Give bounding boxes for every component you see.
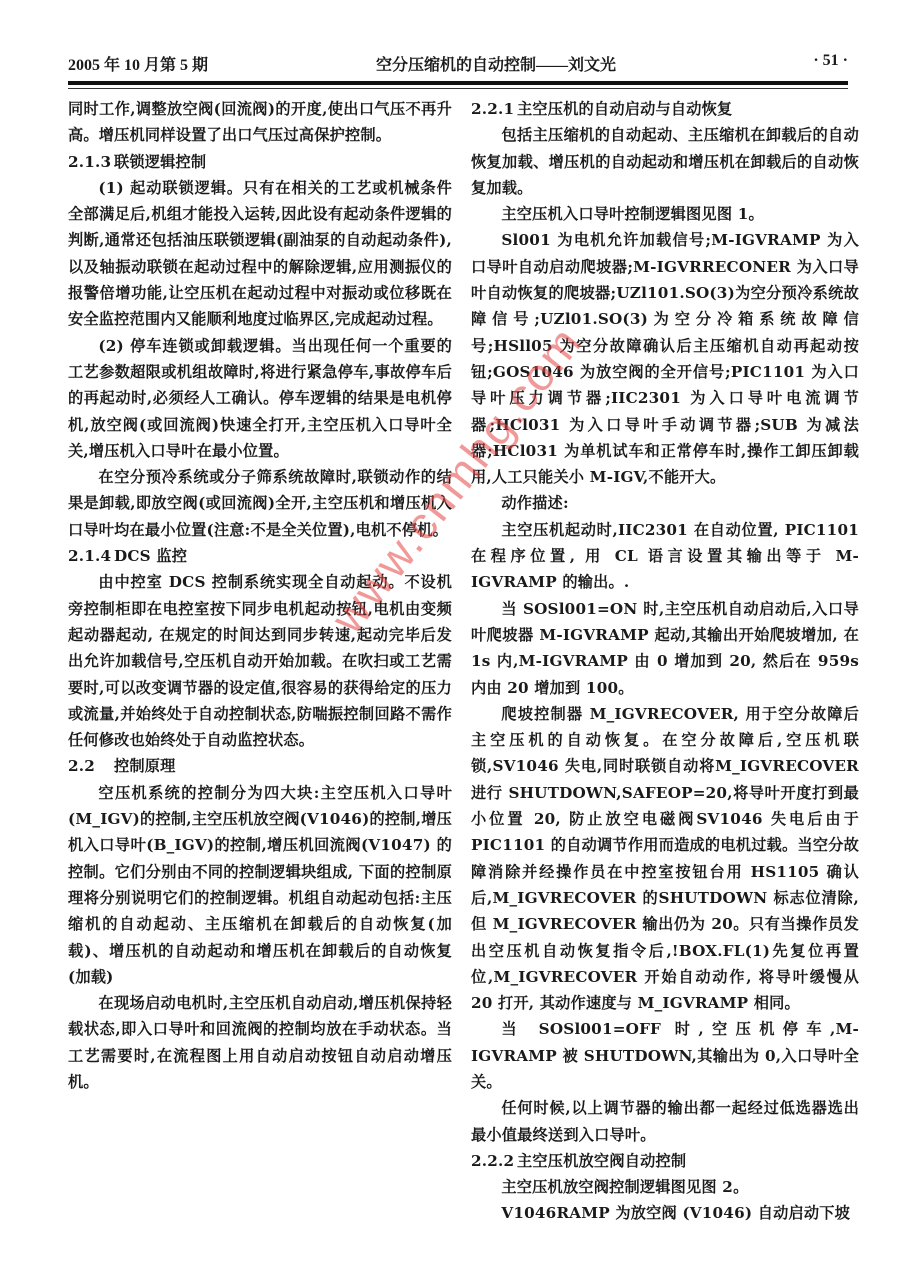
paragraph: 主空压机放空阀控制逻辑图见图 2。 (471, 1174, 859, 1200)
paragraph: 当 SOSl001=ON 时,主空压机自动启动后,入口导叶爬坡器 M-IGVRA… (471, 596, 859, 701)
paragraph: 主空压机起动时,IIC2301 在自动位置, PIC1101 在程序位置, 用 … (471, 517, 859, 596)
left-column: 同时工作,调整放空阀(回流阀)的开度,使出口气压不再升高。增压机同样设置了出口气… (68, 96, 452, 1095)
section-number: 2.2.2 (471, 1148, 517, 1174)
paragraph: 由中控室 DCS 控制系统实现全自动起动。不设机旁控制柜即在电控室按下同步电机起… (68, 569, 452, 753)
header-rule-thick (68, 81, 848, 85)
paragraph: Sl001 为电机允许加载信号;M-IGVRAMP 为入口导叶自动启动爬坡器;M… (471, 227, 859, 490)
paragraph: 主空压机入口导叶控制逻辑图见图 1。 (471, 201, 859, 227)
header-rule-thin (68, 88, 848, 89)
section-heading-2-2-2: 2.2.2主空压机放空阀自动控制 (471, 1148, 859, 1174)
paragraph: V1046RAMP 为放空阀 (V1046) 自动启动下坡 (471, 1200, 859, 1226)
page-number: · 51 · (813, 52, 848, 70)
section-heading-2-1-3: 2.1.3联锁逻辑控制 (68, 149, 452, 175)
section-number: 2.1.3 (68, 149, 114, 175)
paragraph: 当 SOSl001=OFF 时,空压机停车,M-IGVRAMP 被 SHUTDO… (471, 1016, 859, 1095)
paragraph: 包括主压缩机的自动起动、主压缩机在卸载后的自动恢复加载、增压机的自动起动和增压机… (471, 122, 859, 201)
paragraph: 任何时候,以上调节器的输出都一起经过低选器选出最小值最终送到入口导叶。 (471, 1095, 859, 1148)
section-number: 2.1.4 (68, 543, 114, 569)
section-title: 主空压机的自动启动与自动恢复 (517, 100, 732, 118)
section-number: 2.2 (68, 753, 114, 779)
section-heading-2-2: 2.2控制原理 (68, 753, 452, 779)
paragraph: 同时工作,调整放空阀(回流阀)的开度,使出口气压不再升高。增压机同样设置了出口气… (68, 96, 452, 149)
running-title: 空分压缩机的自动控制——刘文光 (376, 52, 616, 75)
section-heading-2-1-4: 2.1.4DCS 监控 (68, 543, 452, 569)
section-title: DCS 监控 (114, 547, 187, 565)
section-number: 2.2.1 (471, 96, 517, 122)
journal-issue: 2005 年 10 月第 5 期 (68, 52, 208, 75)
paragraph: 动作描述: (471, 490, 859, 516)
paragraph: (1) 起动联锁逻辑。只有在相关的工艺或机械条件全部满足后,机组才能投入运转,因… (68, 175, 452, 333)
paragraph: (2) 停车连锁或卸载逻辑。当出现任何一个重要的工艺参数超限或机组故障时,将进行… (68, 333, 452, 464)
paragraph: 空压机系统的控制分为四大块:主空压机入口导叶(M_IGV)的控制,主空压机放空阀… (68, 780, 452, 990)
paragraph: 爬坡控制器 M_IGVRECOVER, 用于空分故障后主空压机的自动恢复。在空分… (471, 701, 859, 1017)
section-title: 联锁逻辑控制 (114, 153, 206, 171)
section-title: 主空压机放空阀自动控制 (517, 1152, 686, 1170)
paragraph: 在现场启动电机时,主空压机自动启动,增压机保持轻载状态,即入口导叶和回流阀的控制… (68, 990, 452, 1095)
section-heading-2-2-1: 2.2.1主空压机的自动启动与自动恢复 (471, 96, 859, 122)
page-header: 2005 年 10 月第 5 期 空分压缩机的自动控制——刘文光 · 51 · (68, 48, 848, 82)
paragraph: 在空分预冷系统或分子筛系统故障时,联锁动作的结果是卸载,即放空阀(或回流阀)全开… (68, 464, 452, 543)
right-column: 2.2.1主空压机的自动启动与自动恢复 包括主压缩机的自动起动、主压缩机在卸载后… (471, 96, 859, 1227)
section-title: 控制原理 (114, 757, 176, 775)
